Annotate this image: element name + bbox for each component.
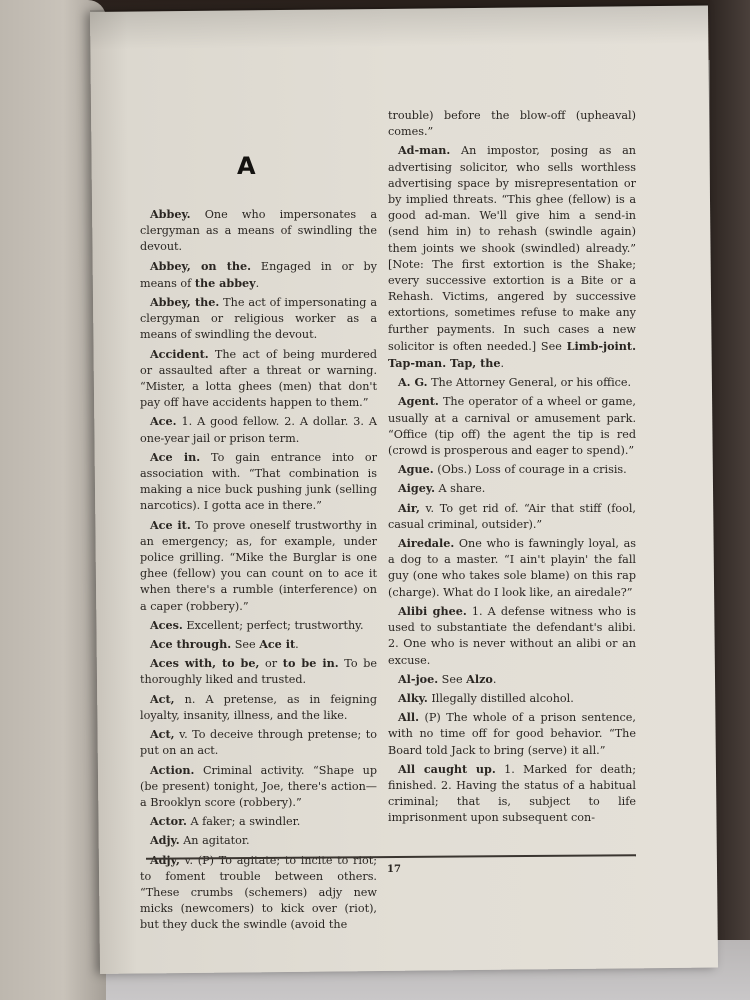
entry-headword: Ace it. [150,518,191,532]
entry-headword: Adjy. [150,833,180,847]
entry-headword: Ace. [150,414,177,428]
dictionary-entry: trouble) before the blow-off (upheaval) … [388,108,636,140]
entry-headword: Aigey. [398,481,435,495]
dictionary-entry: Alky. Illegally distilled alcohol. [388,690,636,707]
entry-definition: Illegally distilled alcohol. [428,692,574,705]
entry-headword: Ace in. [150,450,200,464]
dictionary-entry: Abbey, on the. Engaged in or by means of… [140,258,377,292]
entry-definition: (P) The whole of a prison sentence, with… [388,711,636,756]
entry-tail: . [501,357,505,370]
entry-headword: Abbey, the. [150,295,219,309]
entry-definition: An impostor, posing as an advertising so… [388,144,636,352]
entry-headword: Ague. [398,462,434,476]
dictionary-entry: Adjy. An agitator. [140,832,377,849]
entry-headword: Alibi ghee. [398,604,467,618]
dictionary-entry: Ague. (Obs.) Loss of courage in a crisis… [388,461,636,478]
entry-headword: Ace through. [150,637,231,651]
entry-tail: . [295,638,299,651]
dictionary-entry: All. (P) The whole of a prison sentence,… [388,709,636,759]
facing-page-edge [0,0,106,1000]
dictionary-entry: Alibi ghee. 1. A defense witness who is … [388,603,636,669]
dictionary-entry: Airedale. One who is fawningly loyal, as… [388,535,636,601]
entry-definition: The Attorney General, or his office. [428,376,632,389]
dictionary-entry: Act, v. To deceive through pretense; to … [140,726,377,759]
entry-headword: Airedale. [398,536,454,550]
page-shadow [90,4,708,50]
page-number: 17 [387,864,401,875]
left-column: Abbey. One who impersonates a clergyman … [140,206,377,936]
entry-headword: A. G. [398,375,428,389]
dictionary-entry: Aces with, to be, or to be in. To be tho… [140,655,377,688]
dictionary-entry: Act, n. A pretense, as in feigning loyal… [140,691,377,724]
entry-headword: Abbey. [150,207,191,221]
dictionary-entry: Ace in. To gain entrance into or associa… [140,449,377,515]
dictionary-entry: Adjy, v. (P) To agitate; to incite to ri… [140,852,377,934]
entry-headword: Alky. [398,691,428,705]
cross-reference: Ace it [259,637,295,651]
dictionary-entry: Ace. 1. A good fellow. 2. A dollar. 3. A… [140,413,377,446]
entry-headword: Act, [150,727,175,741]
entry-headword: Abbey, on the. [150,259,251,273]
entry-headword: Aces with, to be, [150,656,259,670]
entry-definition: 1. A good fellow. 2. A dollar. 3. A one-… [140,415,377,444]
dictionary-entry: A. G. The Attorney General, or his offic… [388,374,636,391]
entry-definition: See [438,673,466,686]
entry-headword: Air, [398,501,420,515]
entry-definition: v. To deceive through pretense; to put o… [140,728,377,757]
dictionary-entry: Actor. A faker; a swindler. [140,813,377,830]
dictionary-entry: Air, v. To get rid of. “Air that stiff (… [388,500,636,533]
entry-headword: Accident. [150,347,209,361]
cross-reference: the abbey [195,276,256,290]
entry-headword: Aces. [150,618,183,632]
dictionary-entry: Abbey, the. The act of impersonating a c… [140,294,377,344]
dictionary-entry: Aigey. A share. [388,480,636,497]
entry-definition: To prove oneself trustworthy in an emerg… [140,519,377,613]
entry-headword: Actor. [150,814,187,828]
entry-headword: Agent. [398,394,439,408]
dictionary-entry: Action. Criminal activity. “Shape up (be… [140,762,377,812]
dictionary-entry: Accident. The act of being murdered or a… [140,346,377,412]
dictionary-entry: Abbey. One who impersonates a clergyman … [140,206,377,256]
right-column: trouble) before the blow-off (upheaval) … [388,108,636,829]
dictionary-entry: Ad-man. An impostor, posing as an advert… [388,142,636,372]
entry-definition: Excellent; perfect; trustworthy. [183,619,364,632]
dictionary-entry: Ace through. See Ace it. [140,636,377,653]
entry-headword: Ad-man. [398,143,450,157]
entry-definition: A faker; a swindler. [187,815,300,828]
entry-definition: A share. [435,482,485,495]
entry-definition: v. To get rid of. “Air that stiff (fool,… [388,502,636,531]
entry-definition: An agitator. [180,834,250,847]
dictionary-entry: Agent. The operator of a wheel or game, … [388,393,636,459]
entry-definition: trouble) before the blow-off (upheaval) … [388,109,636,138]
section-letter: A [237,152,256,180]
dictionary-entry: Al-joe. See Alzo. [388,671,636,688]
entry-tail: . [493,673,497,686]
entry-tail: . [256,277,260,290]
entry-definition: See [231,638,259,651]
cross-reference: Alzo [466,672,493,686]
entry-definition: or [259,657,282,670]
entry-definition: n. A pretense, as in feigning loyalty, i… [140,693,377,722]
entry-headword: Action. [150,763,194,777]
entry-headword: All caught up. [398,762,496,776]
cross-reference: to be in. [283,656,339,670]
entry-definition: (Obs.) Loss of courage in a crisis. [434,463,627,476]
dictionary-entry: Aces. Excellent; perfect; trustworthy. [140,617,377,634]
entry-headword: Act, [150,692,175,706]
entry-headword: Al-joe. [398,672,438,686]
dictionary-entry: Ace it. To prove oneself trustworthy in … [140,517,377,615]
dictionary-entry: All caught up. 1. Marked for death; fini… [388,761,636,827]
entry-headword: All. [398,710,419,724]
